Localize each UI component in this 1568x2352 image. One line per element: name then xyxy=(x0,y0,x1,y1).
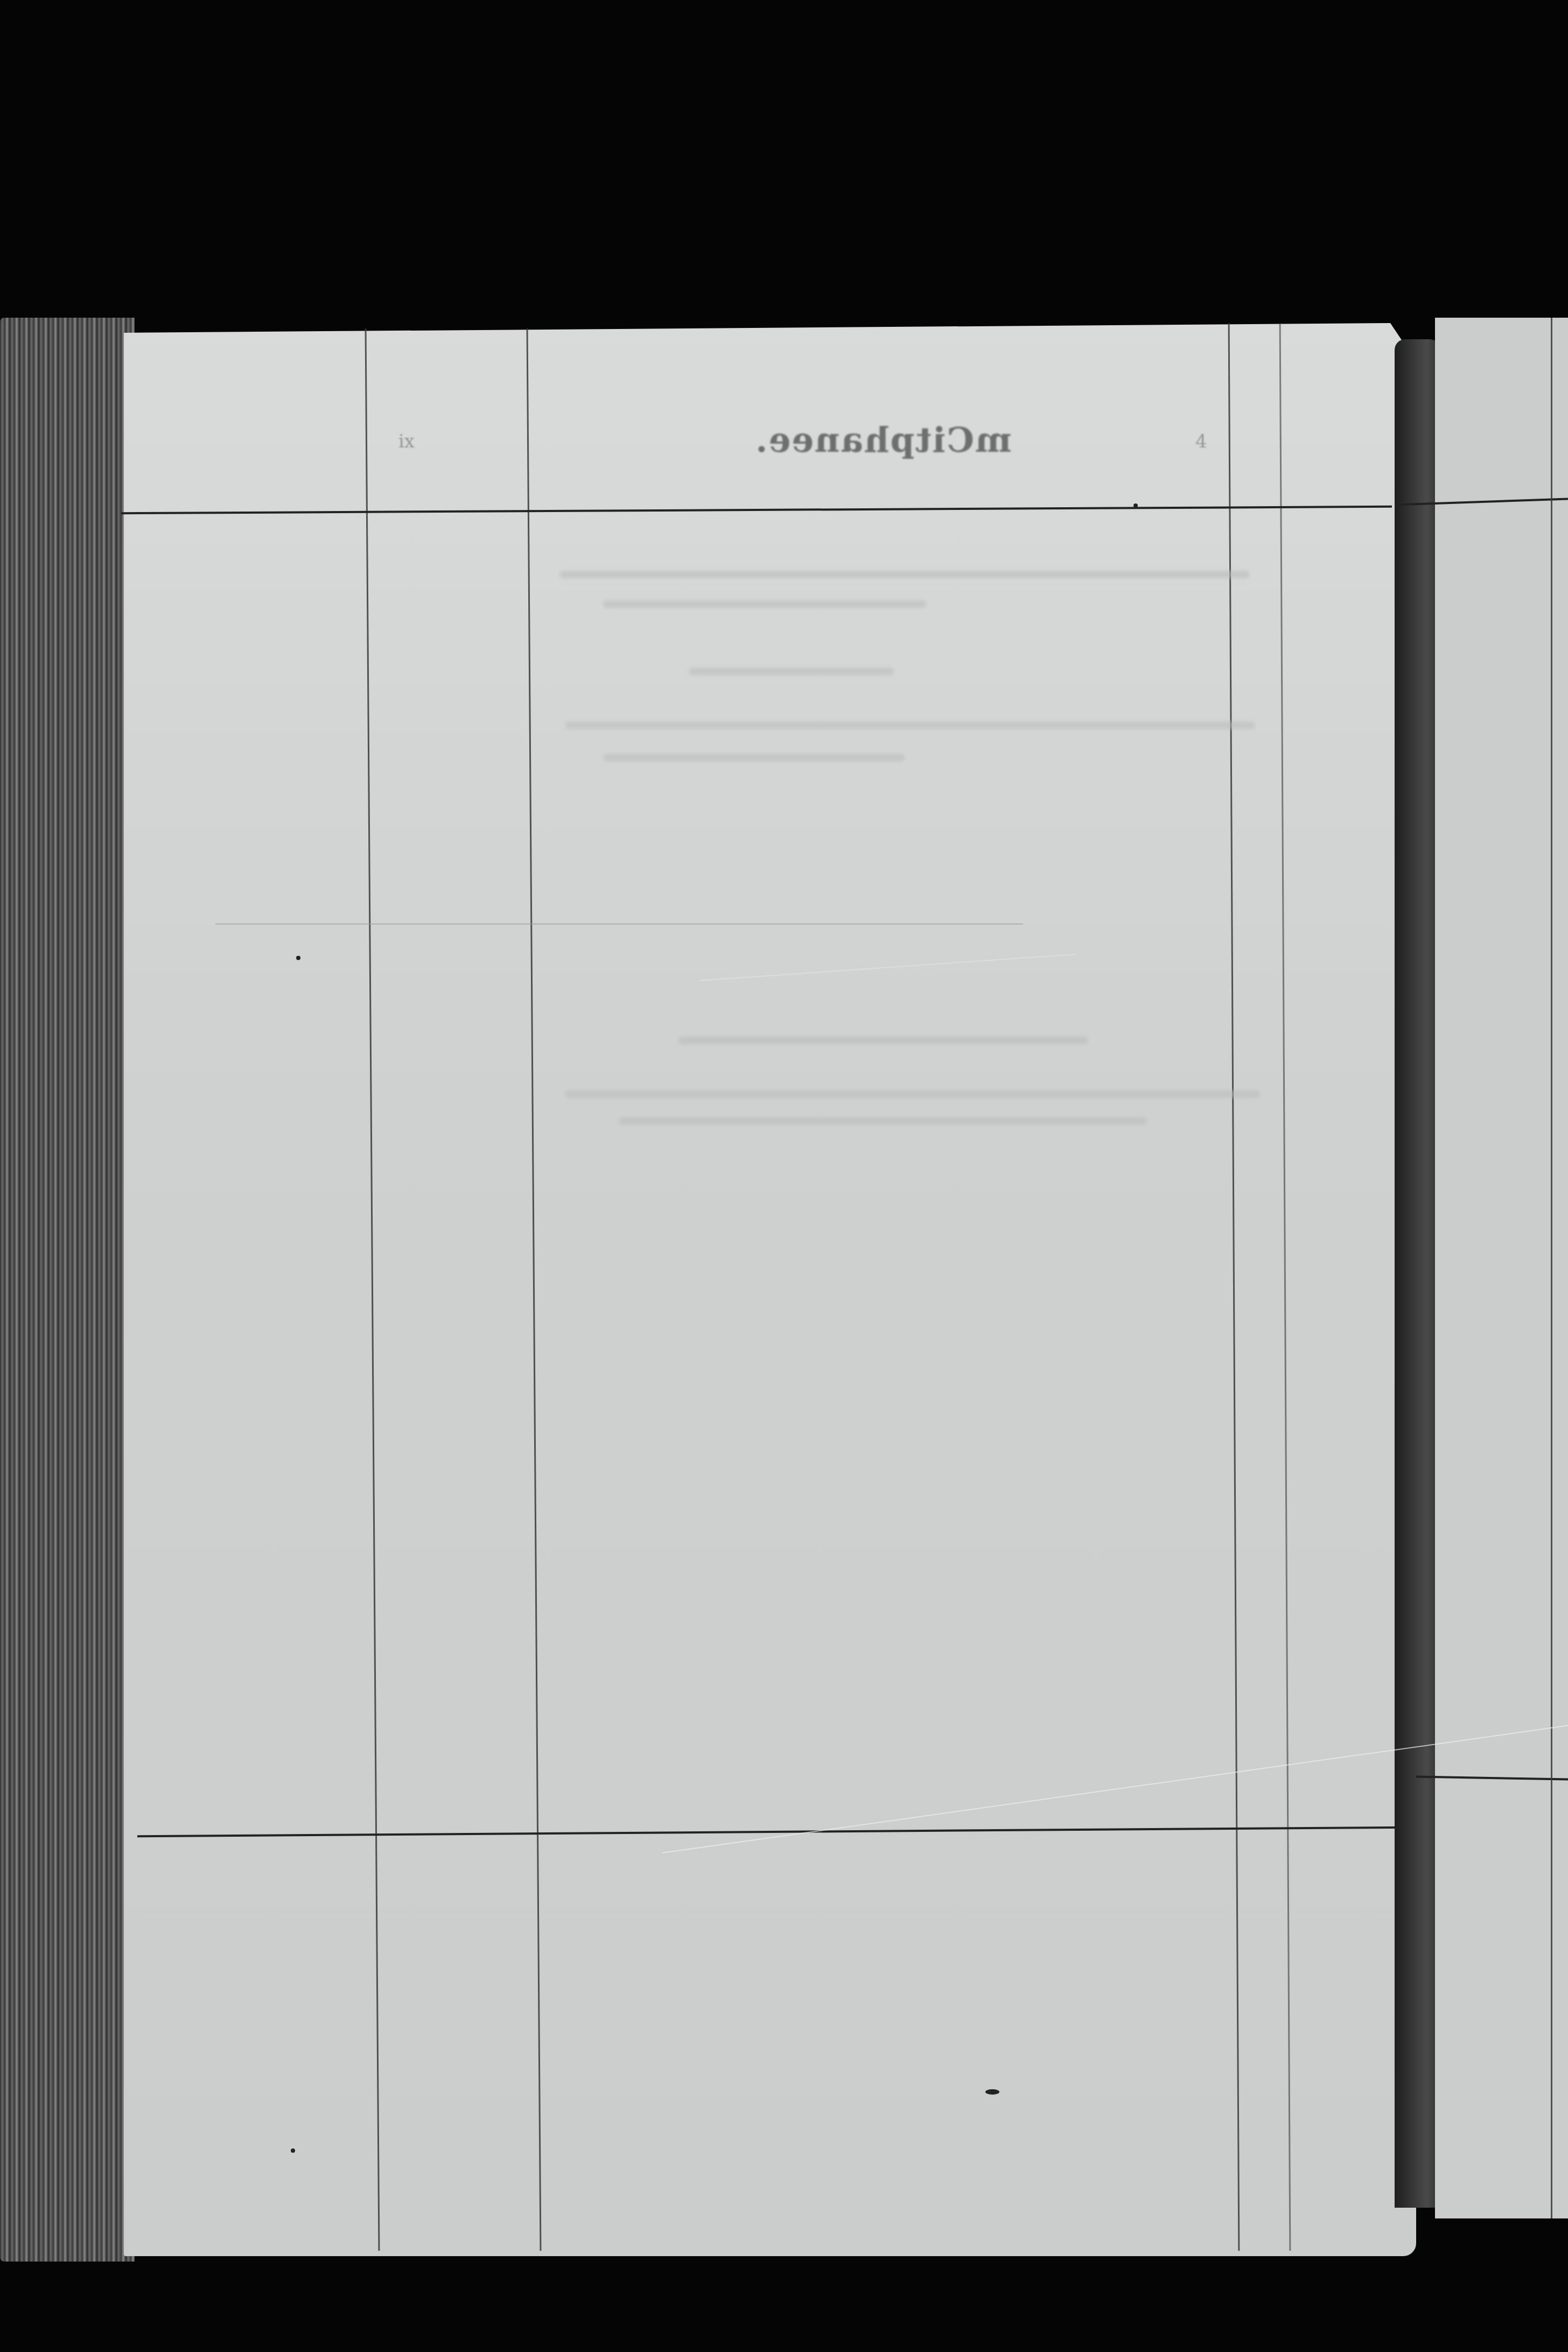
ink-speck xyxy=(1133,503,1138,508)
faint-rule xyxy=(215,923,1023,925)
page-edge-stack xyxy=(0,318,135,2262)
ink-speck xyxy=(291,2148,295,2153)
bleed-through-text xyxy=(619,1117,1147,1125)
bleed-through-text xyxy=(565,722,1255,729)
bleed-through-text xyxy=(678,1037,1088,1044)
bleed-through-text xyxy=(603,600,926,608)
ledger-page xyxy=(124,323,1416,2256)
facing-page xyxy=(1435,318,1568,2218)
bleed-through-text xyxy=(603,754,905,761)
gutter-shadow xyxy=(1395,339,1440,2208)
bleed-through-text xyxy=(689,668,894,675)
header-title: mCitphanee. xyxy=(722,420,1045,460)
left-margin-mark: ix xyxy=(398,431,415,452)
ink-speck xyxy=(296,956,300,960)
bleed-through-text xyxy=(560,571,1249,578)
ink-speck xyxy=(985,2089,999,2095)
right-margin-mark: 4 xyxy=(1195,431,1207,452)
bleed-through-text xyxy=(565,1090,1260,1098)
facing-page-column-rule xyxy=(1551,318,1552,2218)
